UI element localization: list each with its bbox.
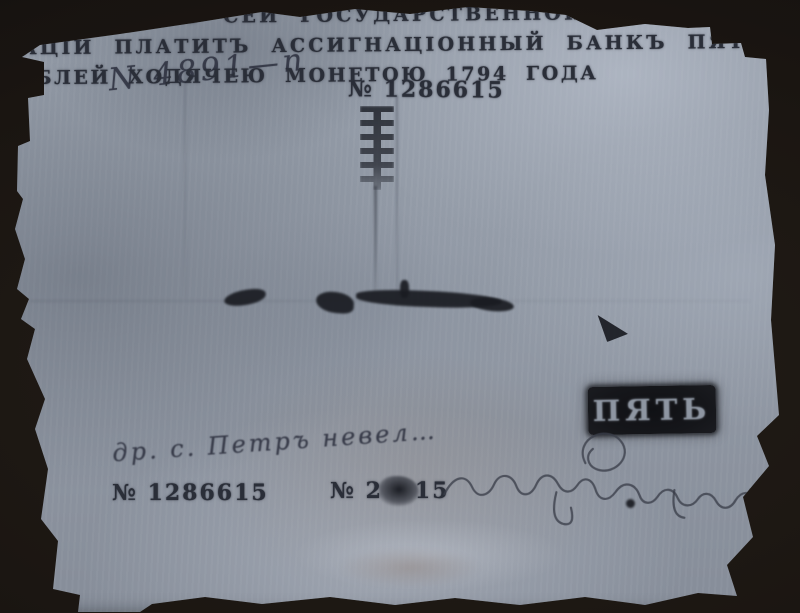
photo-background: N 4891—п № 1286615 ОБЪЯВИТЕЛЮ СЕЙ ГОСУДА… xyxy=(0,0,800,613)
obligation-text-line-3: РУБЛЕЙ ХОДЯЧЕЮ МОНЕТОЮ 1794 ГОДА xyxy=(0,57,800,94)
banknote-paper: N 4891—п № 1286615 ОБЪЯВИТЕЛЮ СЕЙ ГОСУДА… xyxy=(0,0,800,613)
ink-streak-tail xyxy=(374,186,377,296)
handwritten-inscription: др. с. Петръ невел… xyxy=(111,417,438,468)
ink-blot xyxy=(400,280,409,298)
signature-flourish xyxy=(582,433,625,471)
serial-ink-blot xyxy=(379,476,419,506)
ink-streak xyxy=(360,106,394,190)
ink-dot xyxy=(626,499,635,508)
ink-blot-triangle xyxy=(596,315,628,342)
serial-number-bottom-left: № 1286615 xyxy=(112,480,269,506)
ink-blot xyxy=(223,287,267,308)
serial-bottom-center-prefix: № 2 xyxy=(330,478,383,504)
signature-stroke xyxy=(444,465,800,523)
brown-stain xyxy=(330,545,490,590)
ink-blot xyxy=(469,296,514,314)
serial-number-bottom-center: № 2 15 xyxy=(330,476,450,506)
signature-descender xyxy=(749,489,760,519)
obligation-text-block: ОБЪЯВИТЕЛЮ СЕЙ ГОСУДАРСТВЕННОЙ АССИГ- НА… xyxy=(0,0,800,93)
vertical-crease xyxy=(184,58,186,298)
ink-blot xyxy=(315,291,354,315)
vertical-crease xyxy=(396,95,398,305)
signature-descender xyxy=(553,492,572,525)
cashier-signature xyxy=(436,418,800,543)
